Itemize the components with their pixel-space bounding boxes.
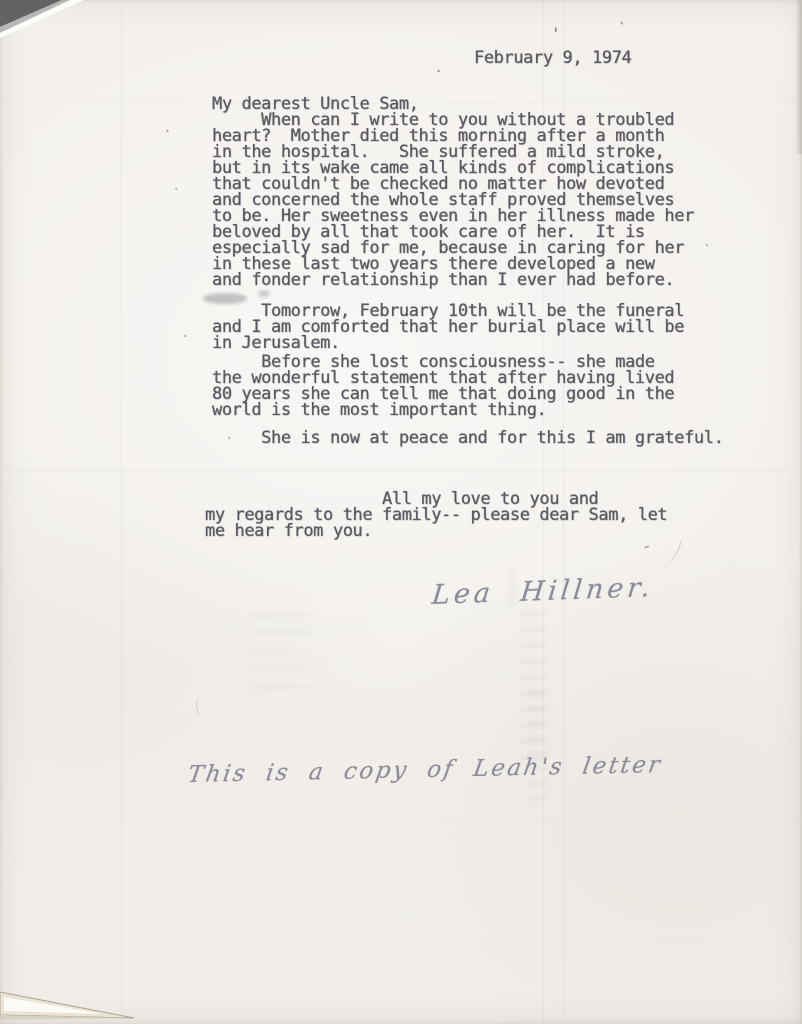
ink-smudge-1 bbox=[203, 293, 247, 304]
bottom-left-corner-fold bbox=[0, 984, 150, 1024]
letter-paragraph-3: Before she lost consciousness-- she made… bbox=[212, 354, 674, 418]
top-left-corner-fold bbox=[0, 0, 95, 45]
horizontal-fold-crease-middle bbox=[0, 470, 802, 472]
pencil-squiggle-left bbox=[195, 697, 208, 714]
stray-dot-mark-3: . bbox=[172, 178, 180, 194]
letter-closing: All my love to you and my regards to the… bbox=[205, 491, 667, 539]
scanned-letter-page: February 9, 1974 My dearest Uncle Sam, W… bbox=[0, 0, 802, 1024]
ink-smudge-3 bbox=[241, 246, 249, 252]
pencil-squiggle-right bbox=[657, 536, 682, 566]
stray-tick-mark-2: ` bbox=[703, 242, 712, 260]
letter-paragraph-2: Tomorrow, February 10th will be the fune… bbox=[212, 303, 684, 351]
handwritten-signature: Lea Hillner. bbox=[430, 572, 655, 611]
vertical-fold-crease-left bbox=[120, 0, 122, 1024]
horizontal-fold-crease-bottom bbox=[0, 818, 802, 820]
stray-dot-mark-1: . bbox=[434, 58, 443, 76]
ink-smudge-2 bbox=[258, 290, 270, 297]
stray-dot-mark-2: . bbox=[163, 118, 172, 136]
handwritten-annotation: This is a copy of Leah's letter bbox=[186, 752, 664, 788]
bleed-through-ghost-3 bbox=[250, 612, 310, 702]
stray-apostrophe-mark: ' bbox=[551, 24, 561, 43]
letter-paragraph-4: She is now at peace and for this I am gr… bbox=[212, 430, 723, 446]
stray-dot-mark-4: . bbox=[181, 325, 189, 341]
bleed-through-ghost-2 bbox=[528, 690, 548, 810]
stray-tick-mark: ` bbox=[618, 20, 627, 38]
letter-paragraph-1: When can I write to you without a troubl… bbox=[212, 112, 694, 288]
letter-date: February 9, 1974 bbox=[474, 50, 631, 66]
bleed-through-ghost-4 bbox=[508, 570, 516, 610]
stray-dot-mark-5: . bbox=[225, 427, 233, 443]
